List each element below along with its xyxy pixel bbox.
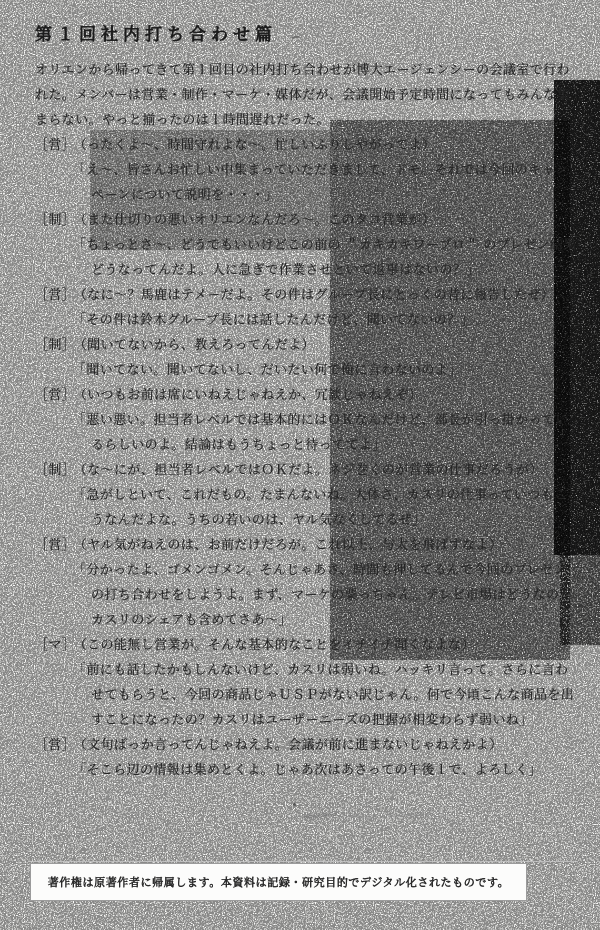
inner-thought: （ヤル気がねえのは、お前だけだろが。これ以上、与太を飛ばすなよ） [80, 538, 502, 553]
speaker-line: ［営］（ヤル気がねえのは、お前だけだろが。これ以上、与太を飛ばすなよ） [35, 533, 580, 558]
inner-thought: （また仕切りの悪いオリエンなんだろ～。このタコ営業が） [80, 213, 435, 228]
speaker-tag: ［制］ [35, 213, 75, 228]
speech-line: 「前にも話したかもしんないけど、カスリは弱いね。ハッキリ言って。さらに言わ [73, 658, 580, 683]
dialogue-entry: ［営］（ヤル気がねえのは、お前だけだろが。これ以上、与太を飛ばすなよ） 「分かっ… [35, 533, 580, 633]
intro-line: まらない。やっと揃ったのは１時間遅れだった。 [35, 108, 580, 133]
dialogue-entry: ［制］（また仕切りの悪いオリエンなんだろ～。このタコ営業が） 「ちょっとさ～、ど… [35, 208, 580, 283]
speaker-tag: ［制］ [35, 338, 75, 353]
speech-line: うなんだよな。うちの若いのは、ヤル気なくしてるぜ」 [91, 508, 580, 533]
speaker-tag: ［制］ [35, 463, 75, 478]
speech-line: 「分かったよ、ゴメンゴメン。そんじゃあさ、時間も押してるんで今回のプレゼン [73, 558, 580, 583]
speech-line: るらしいのよ。結論はもうちょっと待っててよ」 [91, 433, 580, 458]
inner-thought: （聞いてないから、教えろってんだよ） [80, 338, 315, 353]
pencil-smudge [303, 810, 438, 824]
dialogue-entry: ［制］（な～にが、担当者レベルではＯＫだよ。ネジ巻くのが営業の仕事だろうが） 「… [35, 458, 580, 533]
scan-dot-artifact [293, 803, 296, 806]
dialogue-entry: ［営］（いつもお前は席にいねえじゃねえか、冗談じゃねえぞ） 「悪い悪い。担当者レ… [35, 383, 580, 458]
speaker-line: ［マ］（この能無し営業が。そんな基本的なことをイチイチ聞くなよな） [35, 633, 580, 658]
scanned-document-page: 第１回社内打ち合わせ篇 オリエンから帰ってきて第１回目の社内打ち合わせが博大エー… [0, 0, 600, 930]
dialogue-entry: ［営］（文句ばっか言ってんじゃねえよ。会議が前に進まないじゃねえかよ） 「そこら… [35, 733, 580, 783]
dialogue-entry: ［マ］（この能無し営業が。そんな基本的なことをイチイチ聞くなよな） 「前にも話し… [35, 633, 580, 733]
speech-line: 「ちょっとさ～、どうでもいいけどこの前の ＂カキカキワープロ＂ のプレゼン結果 [73, 233, 580, 258]
speech-line: ペーンについて説明を・・・」 [91, 183, 580, 208]
speaker-line: ［営］（文句ばっか言ってんじゃねえよ。会議が前に進まないじゃねえかよ） [35, 733, 580, 758]
speech-line: の打ち合わせをしようよ。まず、マーケの粟っちゃん。テレビ市場はどうなの？ [91, 583, 580, 608]
speaker-line: ［制］（な～にが、担当者レベルではＯＫだよ。ネジ巻くのが営業の仕事だろうが） [35, 458, 580, 483]
inner-thought: （この能無し営業が。そんな基本的なことをイチイチ聞くなよな） [80, 638, 475, 653]
inner-thought: （な～にが、担当者レベルではＯＫだよ。ネジ巻くのが営業の仕事だろうが） [80, 463, 543, 478]
speech-line: せてもらうと、今回の商品じゃＵＳＰがない訳じゃん。何で今頃こんな商品を出 [91, 683, 580, 708]
dialogue-entry: ［営］（ったくよ～、時間守れよな～。忙しいふりしやがってよ） 「え～、皆さんお忙… [35, 133, 580, 208]
speech-line: 「そこら辺の情報は集めとくよ。じゃあ次はあさっての午後１で、よろしく」 [73, 758, 580, 783]
intro-line: オリエンから帰ってきて第１回目の社内打ち合わせが博大エージェンシーの会議室で行わ [35, 58, 580, 83]
speaker-line: ［制］（聞いてないから、教えろってんだよ） [35, 333, 580, 358]
speech-line: 「聞いてない。聞いてないし、だいたい何で俺に言わないのよ」 [73, 358, 580, 383]
dialogue-entry: ［制］（聞いてないから、教えろってんだよ） 「聞いてない。聞いてないし、だいたい… [35, 333, 580, 383]
speech-line: カスリのシェアも含めてさあ～」 [91, 608, 580, 633]
document-body: 第１回社内打ち合わせ篇 オリエンから帰ってきて第１回目の社内打ち合わせが博大エー… [35, 20, 580, 783]
page-title: 第１回社内打ち合わせ篇 [35, 20, 580, 45]
speaker-line: ［営］（なに～？馬鹿はテメーだよ。その件はグループ長にとっくの昔に報告したぜ） [35, 283, 580, 308]
margin-scribble [538, 685, 574, 703]
speaker-tag: ［営］ [35, 538, 75, 553]
intro-line: れた。メンバーは営業・制作・マーケ・媒体だが、会議開始予定時間になってもみんな集 [35, 83, 580, 108]
speaker-tag: ［マ］ [35, 638, 75, 653]
speaker-tag: ［営］ [35, 138, 75, 153]
inner-thought: （ったくよ～、時間守れよな～。忙しいふりしやがってよ） [80, 138, 435, 153]
speech-line: 「その件は鈴木グループ長には話したんだけど、聞いてないの？」 [73, 308, 580, 333]
speech-line: 「え～、皆さんお忙しい中集まっていただきまして、ドモ。それでは今回のキャン [73, 158, 580, 183]
copyright-text: 著作権は原著作者に帰属します。本資料は記録・研究目的でデジタル化されたものです。 [48, 874, 510, 890]
speech-line: 「急がしといて、これだもの。たまんないね。大体さ、カスリの仕事っていつもこ [73, 483, 580, 508]
speech-line: 「悪い悪い。担当者レベルでは基本的にはＯＫなんだけど、部長が引っ掛かってい [73, 408, 580, 433]
speaker-line: ［営］（ったくよ～、時間守れよな～。忙しいふりしやがってよ） [35, 133, 580, 158]
speaker-line: ［営］（いつもお前は席にいねえじゃねえか、冗談じゃねえぞ） [35, 383, 580, 408]
intro-paragraph: オリエンから帰ってきて第１回目の社内打ち合わせが博大エージェンシーの会議室で行わ… [35, 58, 580, 133]
footer-artifact-line [30, 861, 578, 862]
inner-thought: （なに～？馬鹿はテメーだよ。その件はグループ長にとっくの昔に報告したぜ） [80, 288, 554, 303]
speaker-tag: ［営］ [35, 288, 75, 303]
speaker-tag: ［営］ [35, 738, 75, 753]
speaker-tag: ［営］ [35, 388, 75, 403]
inner-thought: （いつもお前は席にいねえじゃねえか、冗談じゃねえぞ） [80, 388, 422, 403]
speech-line: すことになったの？カスリはユーザーニーズの把握が相変わらず弱いね」 [91, 708, 580, 733]
speech-line: どうなってんだよ。人に急ぎで作業させといて返事はないの？」 [91, 258, 580, 283]
speaker-line: ［制］（また仕切りの悪いオリエンなんだろ～。このタコ営業が） [35, 208, 580, 233]
inner-thought: （文句ばっか言ってんじゃねえよ。会議が前に進まないじゃねえかよ） [80, 738, 502, 753]
dialogue-entry: ［営］（なに～？馬鹿はテメーだよ。その件はグループ長にとっくの昔に報告したぜ） … [35, 283, 580, 333]
copyright-box: 著作権は原著作者に帰属します。本資料は記録・研究目的でデジタル化されたものです。 [30, 863, 527, 901]
